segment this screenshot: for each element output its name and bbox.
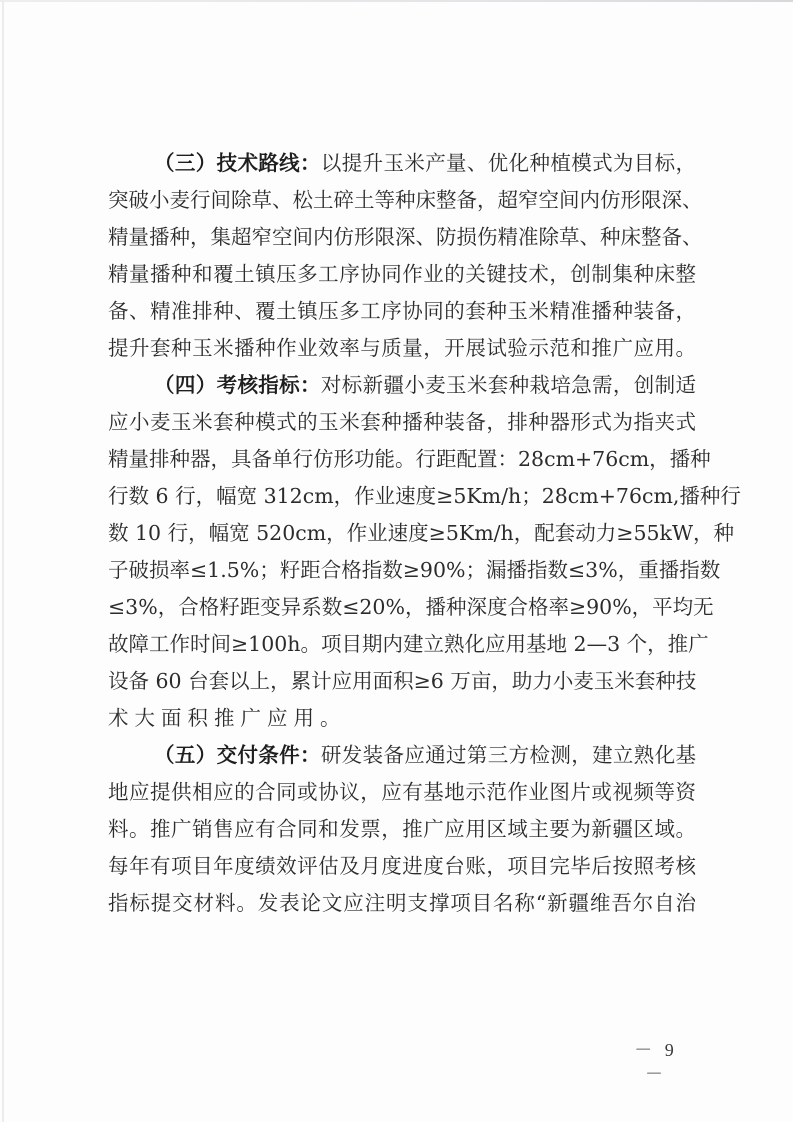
section-heading-assessment-indicators: （四）考核指标： [154, 373, 321, 397]
section-heading-delivery-conditions: （五）交付条件： [154, 743, 321, 767]
paragraph-first-line: （五）交付条件：研发装备应通过第三方检测，建立熟化基 [108, 737, 696, 774]
paragraph-first-line: （三）技术路线：以提升玉米产量、优化种植模式为目标， [108, 145, 696, 182]
paragraph-line: ≤3%，合格籽距变异系数≤20%，播种深度合格率≥90%，平均无 [108, 589, 696, 626]
paragraph-delivery-conditions: （五）交付条件：研发装备应通过第三方检测，建立熟化基 地应提供相应的合同或协议，… [108, 737, 696, 922]
paragraph-line: 指标提交材料。发表论文应注明支撑项目名称“新疆维吾尔自治 [108, 885, 696, 922]
scan-edge-top [0, 0, 793, 2]
paragraph-text: 对标新疆小麦玉米套种栽培急需，创制适 [321, 373, 696, 397]
paragraph-line: 设备 60 台套以上，累计应用面积≥6 万亩，助力小麦玉米套种技 [108, 663, 696, 700]
paragraph-line: 地应提供相应的合同或协议，应有基地示范作业图片或视频等资 [108, 774, 696, 811]
paragraph-line: 提升套种玉米播种作业效率与质量，开展试验示范和推广应用。 [108, 330, 696, 367]
paragraph-last-line: 术大面积推广应用。 [108, 700, 696, 737]
paragraph-line: 备、精准排种、覆土镇压多工序协同的套种玉米精准播种装备， [108, 293, 696, 330]
paragraph-assessment-indicators: （四）考核指标：对标新疆小麦玉米套种栽培急需，创制适 应小麦玉米套种模式的玉米套… [108, 367, 696, 737]
page-number: － 9 － [628, 1038, 684, 1086]
paragraph-line: 子破损率≤1.5%；籽距合格指数≥90%；漏播指数≤3%，重播指数 [108, 552, 696, 589]
paragraph-technical-route: （三）技术路线：以提升玉米产量、优化种植模式为目标， 突破小麦行间除草、松土碎土… [108, 145, 696, 367]
paragraph-line: 料。推广销售应有合同和发票，推广应用区域主要为新疆区域。 [108, 811, 696, 848]
page-body: （三）技术路线：以提升玉米产量、优化种植模式为目标， 突破小麦行间除草、松土碎土… [108, 145, 696, 922]
paragraph-line: 突破小麦行间除草、松土碎土等种床整备，超窄空间内仿形限深、 [108, 182, 696, 219]
paragraph-line: 每年有项目年度绩效评估及月度进度台账，项目完毕后按照考核 [108, 848, 696, 885]
paragraph-first-line: （四）考核指标：对标新疆小麦玉米套种栽培急需，创制适 [108, 367, 696, 404]
paragraph-line: 行数 6 行，幅宽 312cm，作业速度≥5Km/h；28cm+76cm,播种行 [108, 478, 696, 515]
paragraph-line: 精量播种和覆土镇压多工序协同作业的关键技术，创制集种床整 [108, 256, 696, 293]
paragraph-line: 数 10 行，幅宽 520cm，作业速度≥5Km/h，配套动力≥55kW，种 [108, 515, 696, 552]
scan-edge-left [2, 0, 4, 1122]
paragraph-line: 应小麦玉米套种模式的玉米套种播种装备，排种器形式为指夹式 [108, 404, 696, 441]
paragraph-line: 精量排种器，具备单行仿形功能。行距配置：28cm+76cm，播种 [108, 441, 696, 478]
paragraph-text: 研发装备应通过第三方检测，建立熟化基 [321, 743, 696, 767]
paragraph-text: 以提升玉米产量、优化种植模式为目标， [321, 151, 696, 175]
section-heading-technical-route: （三）技术路线： [154, 151, 321, 175]
paragraph-line: 精量播种，集超窄空间内仿形限深、防损伤精准除草、种床整备、 [108, 219, 696, 256]
paragraph-line: 故障工作时间≥100h。项目期内建立熟化应用基地 2—3 个，推广 [108, 626, 696, 663]
